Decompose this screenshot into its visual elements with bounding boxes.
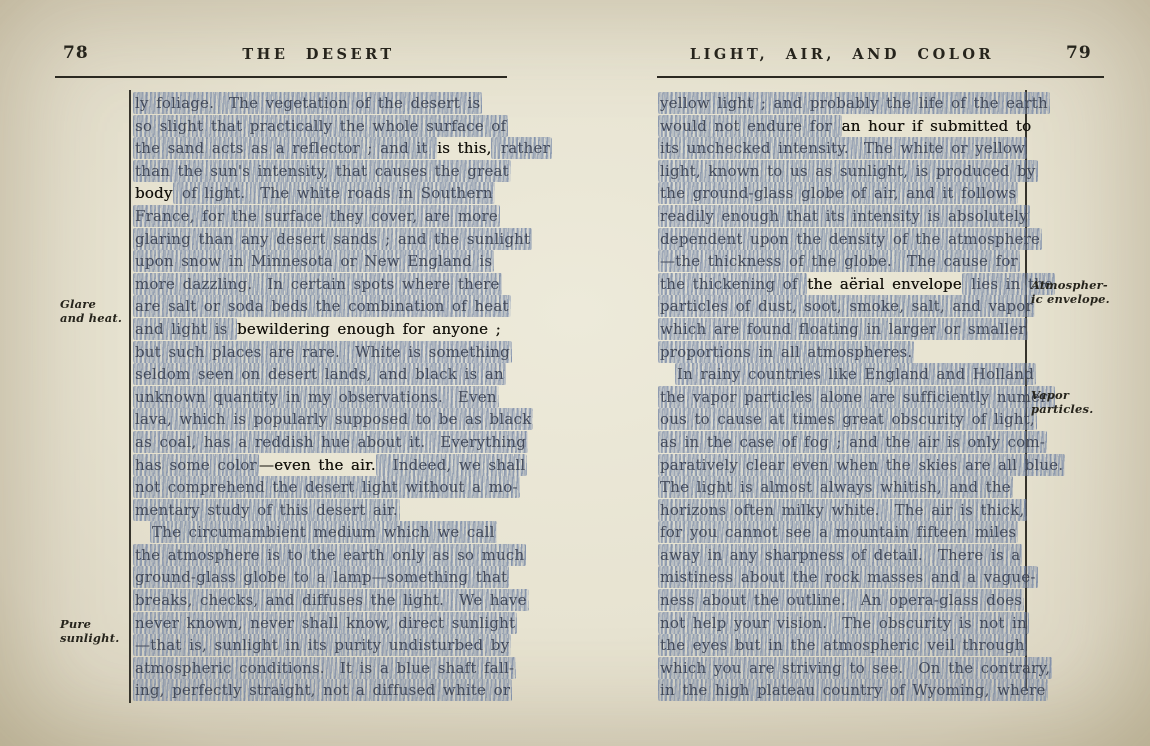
- scribbled-text-segment: ground-glass globe to a lamp—something t…: [133, 566, 509, 588]
- scribbled-text-segment: upon snow in Minnesota or New England is: [133, 250, 494, 272]
- text-line: mentary study of this desert air.: [134, 499, 506, 522]
- text-line: body of light. The white roads in Southe…: [134, 182, 506, 205]
- clear-text-segment: bewildering enough for anyone ;: [236, 318, 502, 340]
- scribbled-text-segment: which are found floating in larger or sm…: [658, 318, 1028, 340]
- text-line: ness about the outline. An opera-glass d…: [659, 589, 1025, 612]
- text-line: away in any sharpness of detail. There i…: [659, 544, 1025, 567]
- scribbled-text-segment: glaring than any desert sands ; and the …: [133, 228, 532, 250]
- text-line: proportions in all atmospheres.: [659, 341, 1025, 364]
- scribbled-text-segment: readily enough that its intensity is abs…: [658, 205, 1030, 227]
- text-line: horizons often milky white. The air is t…: [659, 499, 1025, 522]
- text-line: which are found floating in larger or sm…: [659, 318, 1025, 341]
- text-line: which you are striving to see. On the co…: [659, 657, 1025, 680]
- text-line: more dazzling. In certain spots where th…: [134, 273, 506, 296]
- text-line: paratively clear even when the skies are…: [659, 454, 1025, 477]
- scribbled-text-segment: ness about the outline. An opera-glass d…: [658, 589, 1024, 611]
- scribbled-text-segment: The circumambient medium which we call: [150, 521, 497, 543]
- text-line: not help your vision. The obscurity is n…: [659, 612, 1025, 635]
- scribbled-text-segment: for you cannot see a mountain fifteen mi…: [658, 521, 1018, 543]
- text-line: ly foliage. The vegetation of the desert…: [134, 92, 506, 115]
- page-number-right: 79: [1066, 43, 1092, 63]
- text-line: than the sun's intensity, that causes th…: [134, 160, 506, 183]
- book-scan-background: 78 THE DESERT ly foliage. The vegetation…: [0, 0, 1150, 746]
- scribbled-text-segment: would not endure for: [658, 115, 842, 137]
- header-rule-right: [657, 76, 1104, 78]
- scribbled-text-segment: dependent upon the density of the atmosp…: [658, 228, 1042, 250]
- scribbled-text-segment: lava, which is popularly supposed to be …: [133, 408, 533, 430]
- text-line: upon snow in Minnesota or New England is: [134, 250, 506, 273]
- margin-note-pure-sunlight: Pure sunlight.: [60, 618, 119, 645]
- text-line: for you cannot see a mountain fifteen mi…: [659, 521, 1025, 544]
- scribbled-text-segment: France, for the surface they cover, are …: [133, 205, 500, 227]
- scribbled-text-segment: the ground-glass globe of air, and it fo…: [658, 182, 1018, 204]
- scribbled-text-segment: seldom seen on desert lands, and black i…: [133, 363, 506, 385]
- scribbled-text-segment: proportions in all atmospheres.: [658, 341, 914, 363]
- scribbled-text-segment: In rainy countries like England and Holl…: [675, 363, 1036, 385]
- text-line: In rainy countries like England and Holl…: [659, 363, 1025, 386]
- scribbled-text-segment: away in any sharpness of detail. There i…: [658, 544, 1022, 566]
- text-line: unknown quantity in my observations. Eve…: [134, 386, 506, 409]
- scribbled-text-segment: —the thickness of the globe. The cause f…: [658, 250, 1020, 272]
- scribbled-text-segment: horizons often milky white. The air is t…: [658, 499, 1027, 521]
- scribbled-text-segment: the atmosphere is to the earth only as s…: [133, 544, 526, 566]
- text-line: not comprehend the desert light without …: [134, 476, 506, 499]
- margin-note-vapor-particles: Vapor particles.: [1031, 389, 1093, 416]
- scribbled-text-segment: the sand acts as a reflector ; and it: [133, 137, 437, 159]
- text-line: lava, which is popularly supposed to be …: [134, 408, 506, 431]
- text-line: The circumambient medium which we call: [134, 521, 506, 544]
- text-line: the ground-glass globe of air, and it fo…: [659, 182, 1025, 205]
- scribbled-text-segment: its unchecked intensity. The white or ye…: [658, 137, 1027, 159]
- scribbled-text-segment: but such places are rare. White is somet…: [133, 341, 512, 363]
- text-line: atmospheric conditions. It is a blue sha…: [134, 657, 506, 680]
- scribbled-text-segment: —that is, sunlight in its purity undistu…: [133, 634, 511, 656]
- scribbled-text-segment: so slight that practically the whole sur…: [133, 115, 508, 137]
- text-line: its unchecked intensity. The white or ye…: [659, 137, 1025, 160]
- scribbled-text-segment: particles of dust, soot, smoke, salt, an…: [658, 295, 1035, 317]
- text-line: —that is, sunlight in its purity undistu…: [134, 634, 506, 657]
- text-line: but such places are rare. White is somet…: [134, 341, 506, 364]
- text-line: dependent upon the density of the atmosp…: [659, 228, 1025, 251]
- text-line: the sand acts as a reflector ; and it is…: [134, 137, 506, 160]
- text-line: readily enough that its intensity is abs…: [659, 205, 1025, 228]
- text-line: —the thickness of the globe. The cause f…: [659, 250, 1025, 273]
- scribbled-text-segment: Indeed, we shall: [376, 454, 528, 476]
- text-line: would not endure for an hour if submitte…: [659, 115, 1025, 138]
- scribbled-text-segment: as in the case of fog ; and the air is o…: [658, 431, 1047, 453]
- text-line: never known, never shall know, direct su…: [134, 612, 506, 635]
- scribbled-text-segment: which you are striving to see. On the co…: [658, 657, 1052, 679]
- scribbled-text-segment: not help your vision. The obscurity is n…: [658, 612, 1029, 634]
- scribbled-text-segment: light, known to us as sunlight, is produ…: [658, 160, 1038, 182]
- text-line: the eyes but in the atmospheric veil thr…: [659, 634, 1025, 657]
- scribbled-text-segment: atmospheric conditions. It is a blue sha…: [133, 657, 516, 679]
- scribbled-text-segment: mistiness about the rock masses and a va…: [658, 566, 1038, 588]
- text-line: breaks, checks, and diffuses the light. …: [134, 589, 506, 612]
- scribbled-text-segment: as coal, has a reddish hue about it. Eve…: [133, 431, 528, 453]
- text-line: so slight that practically the whole sur…: [134, 115, 506, 138]
- right-page-text: yellow light ; and probably the life of …: [659, 92, 1025, 702]
- scribbled-text-segment: rather: [491, 137, 552, 159]
- scribbled-text-segment: not comprehend the desert light without …: [133, 476, 520, 498]
- scribbled-text-segment: of light. The white roads in Southern: [173, 182, 495, 204]
- scribbled-text-segment: unknown quantity in my observations. Eve…: [133, 386, 499, 408]
- clear-text-segment: is this,: [436, 137, 492, 159]
- text-line: glaring than any desert sands ; and the …: [134, 228, 506, 251]
- text-line: are salt or soda beds the combination of…: [134, 295, 506, 318]
- margin-note-glare-and-heat: Glare and heat.: [60, 298, 122, 325]
- clear-text-segment: body: [134, 182, 174, 204]
- scribbled-text-segment: The light is almost always whitish, and …: [658, 476, 1013, 498]
- running-header-right: LIGHT, AIR, AND COLOR: [658, 46, 1026, 63]
- clear-text-segment: an hour if submitted to: [841, 115, 1033, 137]
- scribbled-text-segment: mentary study of this desert air.: [133, 499, 400, 521]
- text-line: ing, perfectly straight, not a diffused …: [134, 679, 506, 702]
- scribbled-text-segment: paratively clear even when the skies are…: [658, 454, 1065, 476]
- text-line: has some color—even the air. Indeed, we …: [134, 454, 506, 477]
- page-number-left: 78: [63, 43, 89, 63]
- text-line: and light is bewildering enough for anyo…: [134, 318, 506, 341]
- running-header-left: THE DESERT: [130, 46, 507, 63]
- text-line: France, for the surface they cover, are …: [134, 205, 506, 228]
- scribbled-text-segment: than the sun's intensity, that causes th…: [133, 160, 511, 182]
- scribbled-text-segment: ous to cause at times great obscurity of…: [658, 408, 1037, 430]
- scribbled-text-segment: and light is: [133, 318, 237, 340]
- scribbled-text-segment: in the high plateau country of Wyoming, …: [658, 679, 1048, 701]
- scribbled-text-segment: has some color: [133, 454, 259, 476]
- scribbled-text-segment: breaks, checks, and diffuses the light. …: [133, 589, 529, 611]
- column-border-rule-left: [129, 90, 131, 703]
- text-line: ground-glass globe to a lamp—something t…: [134, 566, 506, 589]
- text-line: light, known to us as sunlight, is produ…: [659, 160, 1025, 183]
- scribbled-text-segment: ing, perfectly straight, not a diffused …: [133, 679, 512, 701]
- text-line: as in the case of fog ; and the air is o…: [659, 431, 1025, 454]
- scribbled-text-segment: the thickening of: [658, 273, 807, 295]
- scribbled-text-segment: the vapor particles alone are sufficient…: [658, 386, 1055, 408]
- text-line: the vapor particles alone are sufficient…: [659, 386, 1025, 409]
- text-line: ous to cause at times great obscurity of…: [659, 408, 1025, 431]
- text-line: the atmosphere is to the earth only as s…: [134, 544, 506, 567]
- text-line: particles of dust, soot, smoke, salt, an…: [659, 295, 1025, 318]
- text-line: The light is almost always whitish, and …: [659, 476, 1025, 499]
- scribbled-text-segment: are salt or soda beds the combination of…: [133, 295, 511, 317]
- header-rule-left: [55, 76, 507, 78]
- text-line: mistiness about the rock masses and a va…: [659, 566, 1025, 589]
- text-line: as coal, has a reddish hue about it. Eve…: [134, 431, 506, 454]
- scribbled-text-segment: the eyes but in the atmospheric veil thr…: [658, 634, 1027, 656]
- scribbled-text-segment: ly foliage. The vegetation of the desert…: [133, 92, 482, 114]
- clear-text-segment: the aërial envelope: [806, 273, 963, 295]
- scribbled-text-segment: never known, never shall know, direct su…: [133, 612, 517, 634]
- clear-text-segment: —even the air.: [258, 454, 377, 476]
- text-line: seldom seen on desert lands, and black i…: [134, 363, 506, 386]
- margin-note-atmospheric-envelope: Atmospher- ic envelope.: [1031, 279, 1110, 306]
- text-line: in the high plateau country of Wyoming, …: [659, 679, 1025, 702]
- scribbled-text-segment: yellow light ; and probably the life of …: [658, 92, 1050, 114]
- text-line: the thickening of the aërial envelope li…: [659, 273, 1025, 296]
- left-page-text: ly foliage. The vegetation of the desert…: [134, 92, 506, 702]
- scribbled-text-segment: more dazzling. In certain spots where th…: [133, 273, 502, 295]
- text-line: yellow light ; and probably the life of …: [659, 92, 1025, 115]
